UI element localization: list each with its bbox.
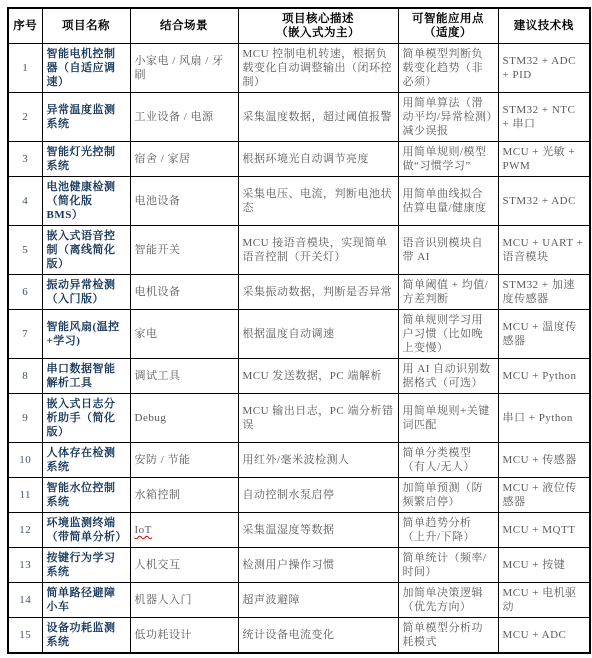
cell-desc: 根据温度自动调速 (238, 310, 398, 359)
table-row: 11智能水位控制系统水箱控制自动控制水泵启停加简单预测（防频繁启停）MCU + … (8, 478, 590, 513)
column-header-name: 项目名称 (42, 8, 130, 44)
cell-index: 12 (8, 513, 42, 548)
cell-desc: 统计设备电流变化 (238, 618, 398, 654)
cell-name: 嵌入式日志分析助手（简化版） (42, 394, 130, 443)
cell-ai: 简单模型判断负载变化趋势（非必须） (398, 44, 498, 93)
cell-index: 3 (8, 142, 42, 177)
cell-name: 电池健康检测（简化版 BMS） (42, 177, 130, 226)
table-row: 5嵌入式语音控制（离线简化版）智能开关MCU 接语音模块，实现简单语音控制（开关… (8, 226, 590, 275)
spellcheck-underlined-text: IoT (135, 524, 152, 536)
column-header-scene: 结合场景 (130, 8, 238, 44)
table-row: 4电池健康检测（简化版 BMS）电池设备采集电压、电流，判断电池状态用简单曲线拟… (8, 177, 590, 226)
cell-desc: 用红外/毫米波检测人 (238, 443, 398, 478)
table-row: 2异常温度监测系统工业设备 / 电源采集温度数据，超过阈值报警用简单算法（滑动平… (8, 93, 590, 142)
cell-desc: MCU 发送数据，PC 端解析 (238, 359, 398, 394)
cell-stack: STM32 + NTC + 串口 (498, 93, 590, 142)
cell-index: 10 (8, 443, 42, 478)
cell-name: 按键行为学习系统 (42, 548, 130, 583)
cell-stack: MCU + MQTT (498, 513, 590, 548)
cell-scene: 安防 / 节能 (130, 443, 238, 478)
cell-ai: 简单分类模型（有人/无人） (398, 443, 498, 478)
cell-index: 8 (8, 359, 42, 394)
project-list-table: 序号项目名称结合场景项目核心描述 （嵌入式为主）可智能应用点 （适度）建议技术栈… (7, 7, 591, 654)
cell-index: 7 (8, 310, 42, 359)
cell-ai: 简单模型分析功耗模式 (398, 618, 498, 654)
cell-desc: 根据环境光自动调节亮度 (238, 142, 398, 177)
cell-stack: MCU + 按键 (498, 548, 590, 583)
cell-ai: 用简单算法（滑动平均/异常检测）减少误报 (398, 93, 498, 142)
cell-desc: MCU 控制电机转速，根据负载变化自动调整输出（闭环控制） (238, 44, 398, 93)
cell-scene: 宿舍 / 家居 (130, 142, 238, 177)
cell-ai: 语音识别模块自带 AI (398, 226, 498, 275)
cell-scene: 家电 (130, 310, 238, 359)
table-row: 12环境监测终端（带简单分析）IoT采集温湿度等数据简单趋势分析（上升/下降）M… (8, 513, 590, 548)
table-row: 15设备功耗监测系统低功耗设计统计设备电流变化简单模型分析功耗模式MCU + A… (8, 618, 590, 654)
cell-stack: MCU + 温度传感器 (498, 310, 590, 359)
cell-stack: MCU + ADC (498, 618, 590, 654)
cell-stack: MCU + UART + 语音模块 (498, 226, 590, 275)
cell-name: 智能电机控制器（自适应调速） (42, 44, 130, 93)
cell-stack: MCU + Python (498, 359, 590, 394)
cell-name: 环境监测终端（带简单分析） (42, 513, 130, 548)
cell-ai: 加简单决策逻辑（优先方向） (398, 583, 498, 618)
table-row: 3智能灯光控制系统宿舍 / 家居根据环境光自动调节亮度用简单规则/模型做“习惯学… (8, 142, 590, 177)
cell-index: 2 (8, 93, 42, 142)
cell-desc: MCU 接语音模块，实现简单语音控制（开关灯） (238, 226, 398, 275)
cell-name: 嵌入式语音控制（离线简化版） (42, 226, 130, 275)
cell-name: 设备功耗监测系统 (42, 618, 130, 654)
cell-stack: STM32 + 加速度传感器 (498, 275, 590, 310)
cell-desc: 超声波避障 (238, 583, 398, 618)
cell-scene: 电机设备 (130, 275, 238, 310)
cell-desc: MCU 输出日志，PC 端分析错误 (238, 394, 398, 443)
cell-ai: 用简单规则/模型做“习惯学习” (398, 142, 498, 177)
cell-scene: 水箱控制 (130, 478, 238, 513)
cell-index: 5 (8, 226, 42, 275)
cell-name: 简单路径避障小车 (42, 583, 130, 618)
cell-desc: 采集振动数据，判断是否异常 (238, 275, 398, 310)
cell-ai: 简单规则学习用户习惯（比如晚上变慢） (398, 310, 498, 359)
column-header-stack: 建议技术栈 (498, 8, 590, 44)
cell-scene: IoT (130, 513, 238, 548)
cell-desc: 自动控制水泵启停 (238, 478, 398, 513)
cell-name: 智能灯光控制系统 (42, 142, 130, 177)
cell-ai: 简单阈值 + 均值/方差判断 (398, 275, 498, 310)
cell-desc: 采集电压、电流，判断电池状态 (238, 177, 398, 226)
cell-scene: 机器人入门 (130, 583, 238, 618)
cell-desc: 检测用户操作习惯 (238, 548, 398, 583)
cell-index: 1 (8, 44, 42, 93)
table-row: 10人体存在检测系统安防 / 节能用红外/毫米波检测人简单分类模型（有人/无人）… (8, 443, 590, 478)
cell-scene: 人机交互 (130, 548, 238, 583)
cell-name: 智能水位控制系统 (42, 478, 130, 513)
table-row: 14简单路径避障小车机器人入门超声波避障加简单决策逻辑（优先方向）MCU + 电… (8, 583, 590, 618)
cell-ai: 用 AI 自动识别数据格式（可选） (398, 359, 498, 394)
cell-stack: STM32 + ADC (498, 177, 590, 226)
column-header-ai: 可智能应用点 （适度） (398, 8, 498, 44)
cell-stack: MCU + 传感器 (498, 443, 590, 478)
cell-name: 振动异常检测（入门版） (42, 275, 130, 310)
cell-scene: 智能开关 (130, 226, 238, 275)
cell-index: 14 (8, 583, 42, 618)
cell-index: 4 (8, 177, 42, 226)
cell-stack: MCU + 光敏 + PWM (498, 142, 590, 177)
column-header-index: 序号 (8, 8, 42, 44)
cell-index: 11 (8, 478, 42, 513)
table-row: 13按键行为学习系统人机交互检测用户操作习惯简单统计（频率/时间）MCU + 按… (8, 548, 590, 583)
cell-ai: 加简单预测（防频繁启停） (398, 478, 498, 513)
cell-ai: 用简单规则+关键词匹配 (398, 394, 498, 443)
cell-name: 异常温度监测系统 (42, 93, 130, 142)
cell-stack: STM32 + ADC + PID (498, 44, 590, 93)
column-header-desc: 项目核心描述 （嵌入式为主） (238, 8, 398, 44)
cell-index: 6 (8, 275, 42, 310)
cell-name: 人体存在检测系统 (42, 443, 130, 478)
cell-scene: Debug (130, 394, 238, 443)
table-row: 9嵌入式日志分析助手（简化版）DebugMCU 输出日志，PC 端分析错误用简单… (8, 394, 590, 443)
table-row: 8串口数据智能解析工具调试工具MCU 发送数据，PC 端解析用 AI 自动识别数… (8, 359, 590, 394)
cell-ai: 简单统计（频率/时间） (398, 548, 498, 583)
cell-stack: MCU + 液位传感器 (498, 478, 590, 513)
cell-ai: 用简单曲线拟合估算电量/健康度 (398, 177, 498, 226)
cell-name: 串口数据智能解析工具 (42, 359, 130, 394)
cell-stack: 串口 + Python (498, 394, 590, 443)
cell-desc: 采集温度数据，超过阈值报警 (238, 93, 398, 142)
cell-scene: 低功耗设计 (130, 618, 238, 654)
table-header-row: 序号项目名称结合场景项目核心描述 （嵌入式为主）可智能应用点 （适度）建议技术栈 (8, 8, 590, 44)
cell-name: 智能风扇(温控+学习) (42, 310, 130, 359)
cell-ai: 简单趋势分析（上升/下降） (398, 513, 498, 548)
cell-scene: 调试工具 (130, 359, 238, 394)
cell-index: 15 (8, 618, 42, 654)
cell-scene: 工业设备 / 电源 (130, 93, 238, 142)
cell-index: 13 (8, 548, 42, 583)
table-row: 1智能电机控制器（自适应调速）小家电 / 风扇 / 牙刷MCU 控制电机转速，根… (8, 44, 590, 93)
cell-scene: 小家电 / 风扇 / 牙刷 (130, 44, 238, 93)
table-row: 6振动异常检测（入门版）电机设备采集振动数据，判断是否异常简单阈值 + 均值/方… (8, 275, 590, 310)
table-row: 7智能风扇(温控+学习)家电根据温度自动调速简单规则学习用户习惯（比如晚上变慢）… (8, 310, 590, 359)
cell-index: 9 (8, 394, 42, 443)
cell-scene: 电池设备 (130, 177, 238, 226)
cell-stack: MCU + 电机驱动 (498, 583, 590, 618)
cell-desc: 采集温湿度等数据 (238, 513, 398, 548)
document-page: 序号项目名称结合场景项目核心描述 （嵌入式为主）可智能应用点 （适度）建议技术栈… (0, 0, 592, 658)
